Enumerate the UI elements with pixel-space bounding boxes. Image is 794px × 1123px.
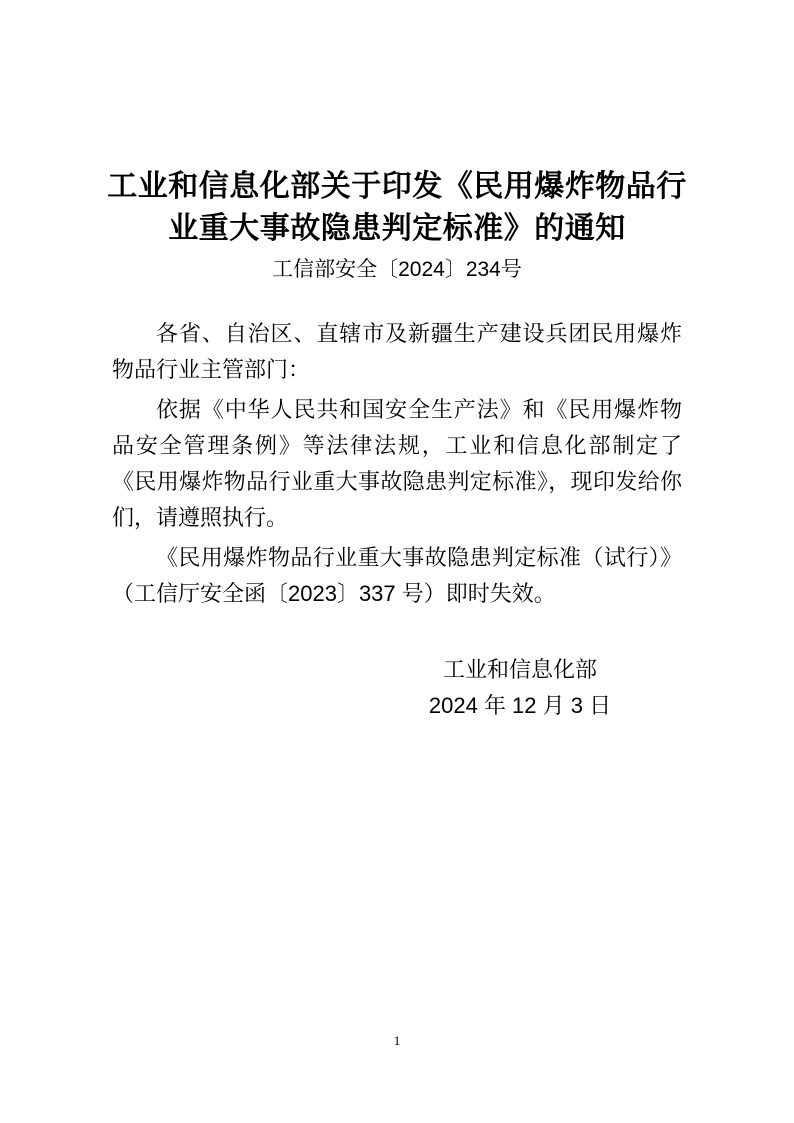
signature-block: 工业和信息化部 2024 年 12 月 3 日: [358, 652, 682, 724]
paragraph-repeal: 《民用爆炸物品行业重大事故隐患判定标准（试行）》（工信厅安全函〔2023〕337…: [112, 540, 682, 612]
page-number: 1: [0, 1031, 794, 1051]
title-line-1: 工业和信息化部关于印发《民用爆炸物品行: [107, 170, 687, 203]
title-line-2: 业重大事故隐患判定标准》的通知: [168, 212, 626, 245]
signature-organization: 工业和信息化部: [358, 652, 682, 688]
signature-date: 2024 年 12 月 3 日: [358, 688, 682, 724]
document-title: 工业和信息化部关于印发《民用爆炸物品行 业重大事故隐患判定标准》的通知: [58, 166, 736, 250]
document-body: 各省、自治区、直辖市及新疆生产建设兵团民用爆炸物品行业主管部门： 依据《中华人民…: [112, 316, 682, 612]
paragraph-main: 依据《中华人民共和国安全生产法》和《民用爆炸物品安全管理条例》等法律法规，工业和…: [112, 392, 682, 536]
document-page: 工业和信息化部关于印发《民用爆炸物品行 业重大事故隐患判定标准》的通知 工信部安…: [0, 0, 794, 1123]
paragraph-salutation: 各省、自治区、直辖市及新疆生产建设兵团民用爆炸物品行业主管部门：: [112, 316, 682, 388]
document-number: 工信部安全〔2024〕234号: [0, 255, 794, 285]
